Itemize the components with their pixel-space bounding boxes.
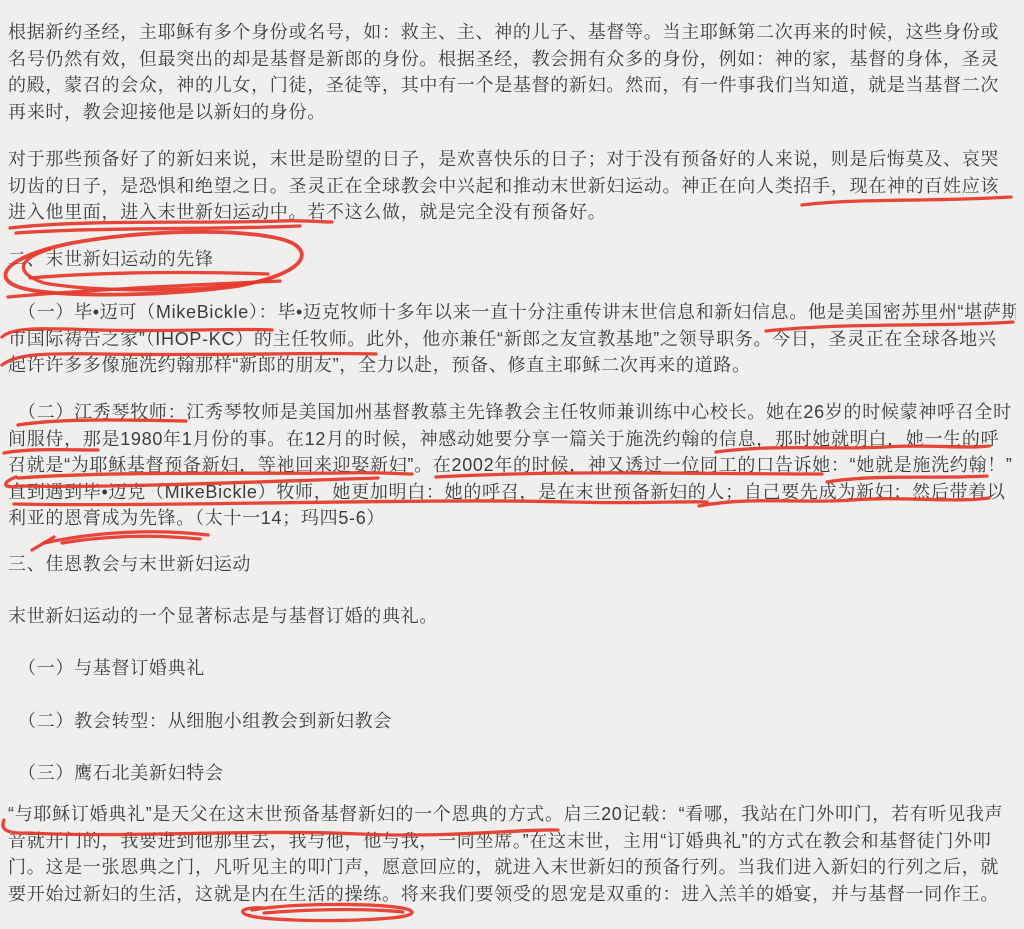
text-line: 三、佳恩教会与末世新妇运动	[8, 551, 1016, 578]
text-line: （二）江秀琴牧师：江秀琴牧师是美国加州基督教慕主先锋教会主任牧师兼训练中心校长。…	[8, 399, 1016, 426]
text-line: 切齿的日子，是恐惧和绝望之日。圣灵正在全球教会中兴起和推动末世新妇运动。神正在向…	[8, 173, 1016, 200]
text-line: 召就是“为耶稣基督预备新妇，等祂回来迎娶新妇”。在2002年的时候，神又透过一位…	[8, 452, 1016, 479]
text-line: 起许许多多像施洗约翰那样“新郎的朋友”，全力以赴，预备、修直主耶稣二次再来的道路…	[8, 352, 1016, 379]
text-line: 末世新妇运动的一个显著标志是与基督订婚的典礼。	[8, 603, 1016, 630]
subheading-s3: （三）鹰石北美新妇特会	[8, 760, 1016, 787]
text-line: 直到遇到毕•迈克（MikeBickle）牧师，她更加明白：她的呼召，是在末世预备…	[8, 479, 1016, 506]
text-line: 要开始过新妇的生活，这就是内在生活的操练。将来我们要领受的恩宠是双重的：进入羔羊…	[8, 881, 1016, 908]
text-line: 名号仍然有效，但最突出的却是基督是新郎的身份。根据圣经，教会拥有众多的身份，例如…	[8, 46, 1016, 73]
subheading-s1: （一）与基督订婚典礼	[8, 655, 1016, 682]
text-line: 二、末世新妇运动的先锋	[8, 246, 1016, 273]
paragraph-p2: 对于那些预备好了的新妇来说，末世是盼望的日子，是欢喜快乐的日子；对于没有预备好的…	[8, 146, 1016, 226]
heading-h2: 二、末世新妇运动的先锋	[8, 246, 1016, 273]
paragraph-p1: 根据新约圣经，主耶稣有多个身份或名号，如：救主、主、神的儿子、基督等。当主耶稣第…	[8, 19, 1016, 125]
subheading-s2: （二）教会转型：从细胞小组教会到新妇教会	[8, 708, 1016, 735]
text-line: 的殿，蒙召的会众，神的儿女，门徒，圣徒等，其中有一个是基督的新妇。然而，有一件事…	[8, 72, 1016, 99]
text-line: （一）与基督订婚典礼	[8, 655, 1016, 682]
text-line: 利亚的恩膏成为先锋。（太十一14；玛四5-6）	[8, 505, 1016, 532]
text-line: （二）教会转型：从细胞小组教会到新妇教会	[8, 708, 1016, 735]
text-line: 对于那些预备好了的新妇来说，末世是盼望的日子，是欢喜快乐的日子；对于没有预备好的…	[8, 146, 1016, 173]
text-line: 进入他里面，进入末世新妇运动中。若不这么做，就是完全没有预备好。	[8, 199, 1016, 226]
paragraph-p5: 末世新妇运动的一个显著标志是与基督订婚的典礼。	[8, 603, 1016, 630]
paragraph-p3: （一）毕•迈可（MikeBickle）：毕•迈克牧师十多年以来一直十分注重传讲末…	[8, 299, 1016, 379]
text-line: （三）鹰石北美新妇特会	[8, 760, 1016, 787]
text-line: 门。这是一张恩典之门，凡听见主的叩门声，愿意回应的，就进入末世新妇的预备行列。当…	[8, 854, 1016, 881]
text-line: 市国际祷告之家”（IHOP-KC）的主任牧师。此外，他亦兼任“新郎之友宣教基地”…	[8, 326, 1016, 353]
paragraph-p4: （二）江秀琴牧师：江秀琴牧师是美国加州基督教慕主先锋教会主任牧师兼训练中心校长。…	[8, 399, 1016, 532]
text-line: 再来时，教会迎接他是以新妇的身份。	[8, 99, 1016, 126]
text-line: （一）毕•迈可（MikeBickle）：毕•迈克牧师十多年以来一直十分注重传讲末…	[8, 299, 1016, 326]
document-page: 根据新约圣经，主耶稣有多个身份或名号，如：救主、主、神的儿子、基督等。当主耶稣第…	[0, 0, 1024, 929]
paragraph-p6: “与耶稣订婚典礼”是天父在这末世预备基督新妇的一个恩典的方式。启三20记载：“看…	[8, 801, 1016, 907]
text-line: 根据新约圣经，主耶稣有多个身份或名号，如：救主、主、神的儿子、基督等。当主耶稣第…	[8, 19, 1016, 46]
text-line: 音就开门的，我要进到他那里去，我与他，他与我，一同坐席。”在这末世，主用“订婚典…	[8, 828, 1016, 855]
text-line: 间服侍，那是1980年1月份的事。在12月的时候，神感动她要分享一篇关于施洗约翰…	[8, 426, 1016, 453]
text-line: “与耶稣订婚典礼”是天父在这末世预备基督新妇的一个恩典的方式。启三20记载：“看…	[8, 801, 1016, 828]
heading-h3: 三、佳恩教会与末世新妇运动	[8, 551, 1016, 578]
